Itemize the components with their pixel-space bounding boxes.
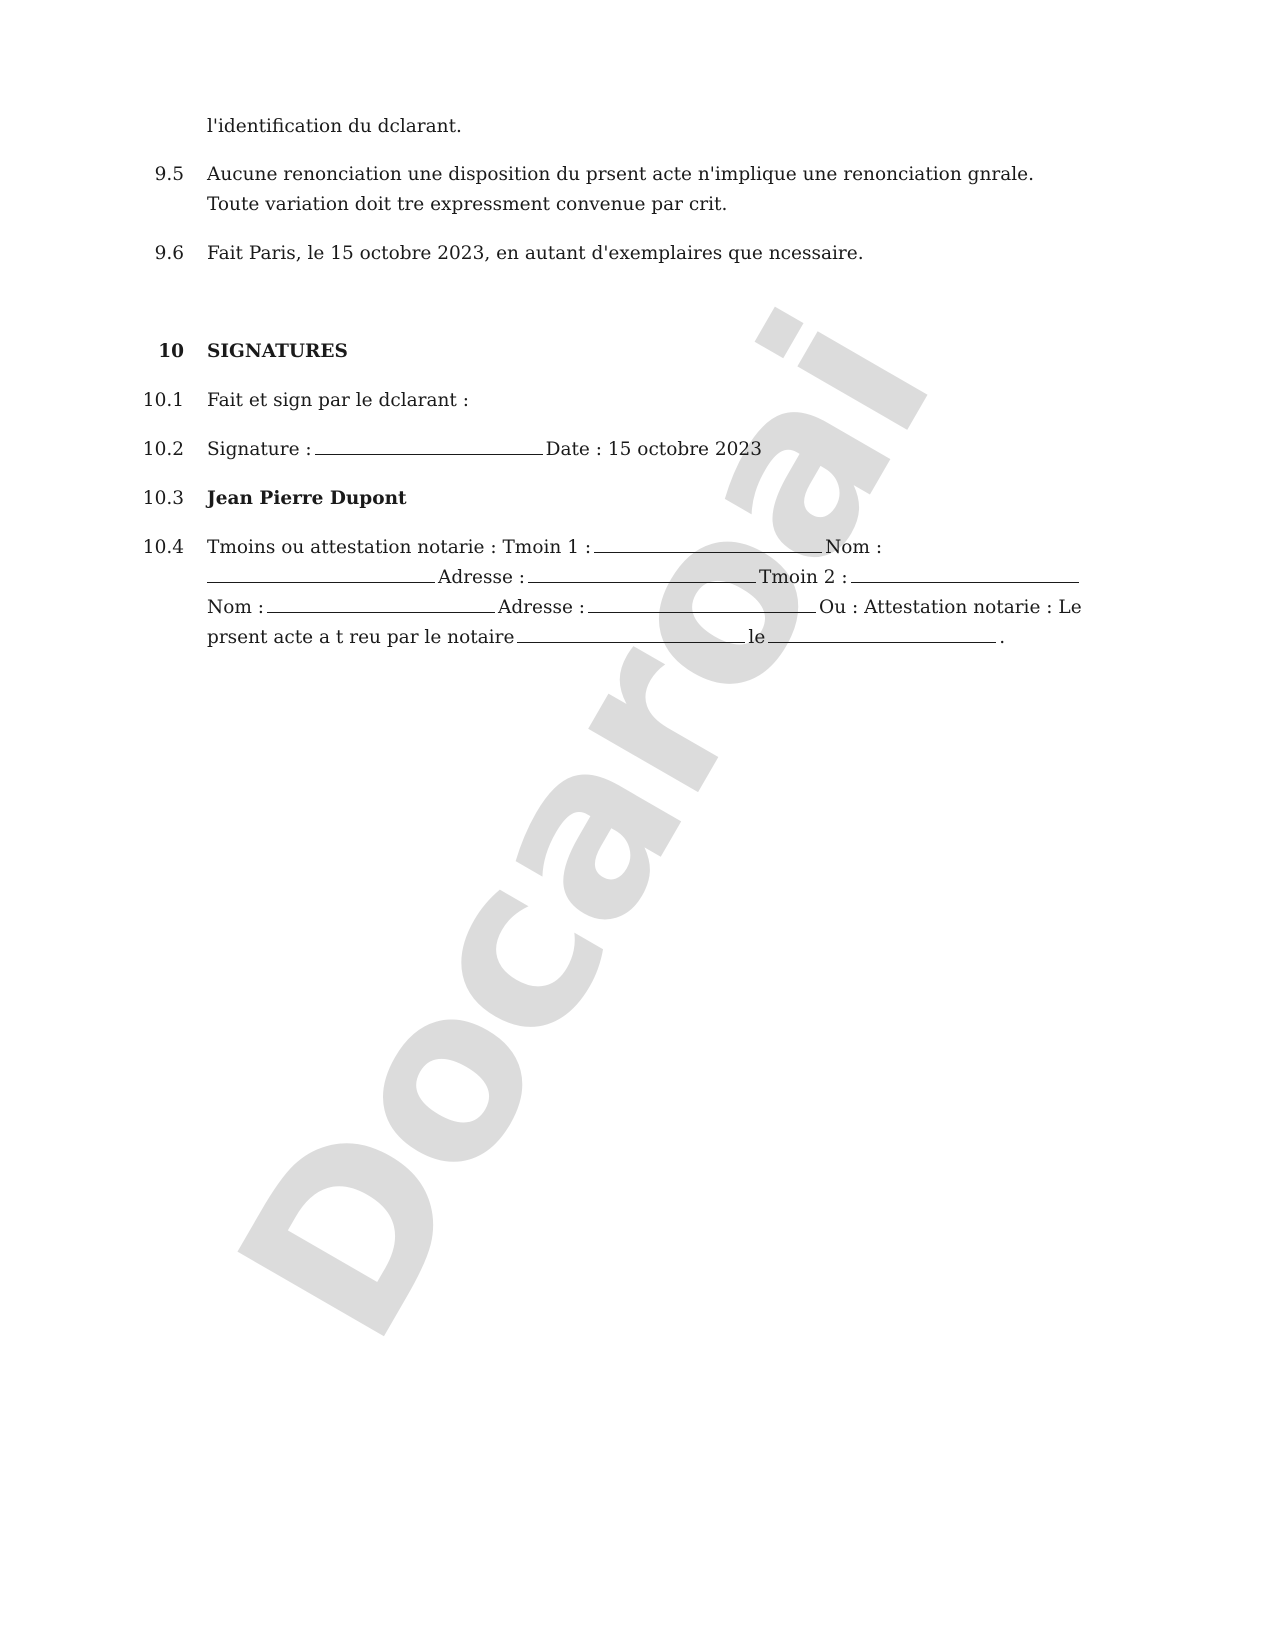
item-number: 10.1 [134, 385, 184, 416]
witness-2-label: Tmoin 2 : [759, 567, 848, 588]
paragraph-text: l'identification du dclarant. [207, 111, 1107, 142]
paragraph-number: 9.6 [134, 238, 184, 269]
item-number: 10.4 [134, 532, 184, 563]
declarant-name: Jean Pierre Dupont [207, 483, 1107, 514]
item-text: Fait et sign par le dclarant : [207, 385, 1107, 416]
adresse-2-label: Adresse : [498, 597, 585, 618]
period: . [999, 627, 1005, 648]
witness-line-1: Tmoins ou attestation notarie : Tmoin 1 … [207, 532, 1107, 563]
item-number: 10.2 [134, 434, 184, 465]
paragraph-text: Fait Paris, le 15 octobre 2023, en autan… [207, 238, 1107, 269]
notary-attestation-label: Ou : Attestation notarie : Le [819, 597, 1082, 618]
signature-label: Signature : [207, 439, 312, 460]
paragraph-text-line-1: Aucune renonciation une disposition du p… [207, 159, 1107, 190]
witness-intro: Tmoins ou attestation notarie : Tmoin 1 … [207, 537, 591, 558]
nom-1-blank[interactable] [207, 564, 435, 583]
witness-1-blank[interactable] [594, 534, 822, 553]
paragraph-text-line-2: Toute variation doit tre expressment con… [207, 189, 1107, 220]
paragraph-number: 9.5 [134, 159, 184, 190]
adresse-2-blank[interactable] [588, 594, 816, 613]
notary-name-blank[interactable] [517, 624, 745, 643]
date-label: Date : 15 octobre 2023 [546, 439, 762, 460]
witness-line-4: prsent acte a t reu par le notairele. [207, 622, 1107, 653]
notary-received-text: prsent acte a t reu par le notaire [207, 627, 514, 648]
document-page: Docaroai l'identification du dclarant. 9… [0, 0, 1275, 1650]
nom-1-label: Nom : [825, 537, 882, 558]
nom-2-label: Nom : [207, 597, 264, 618]
section-title: SIGNATURES [207, 336, 1107, 367]
adresse-1-blank[interactable] [528, 564, 756, 583]
witness-line-2: Adresse :Tmoin 2 : [207, 562, 1107, 593]
notary-date-blank[interactable] [768, 624, 996, 643]
item-text: Signature :Date : 15 octobre 2023 [207, 434, 1107, 465]
adresse-1-label: Adresse : [438, 567, 525, 588]
witness-line-3: Nom :Adresse :Ou : Attestation notarie :… [207, 592, 1107, 623]
witness-2-blank[interactable] [851, 564, 1079, 583]
section-number: 10 [134, 336, 184, 367]
nom-2-blank[interactable] [267, 594, 495, 613]
le-label: le [748, 627, 765, 648]
item-number: 10.3 [134, 483, 184, 514]
signature-blank[interactable] [315, 436, 543, 455]
